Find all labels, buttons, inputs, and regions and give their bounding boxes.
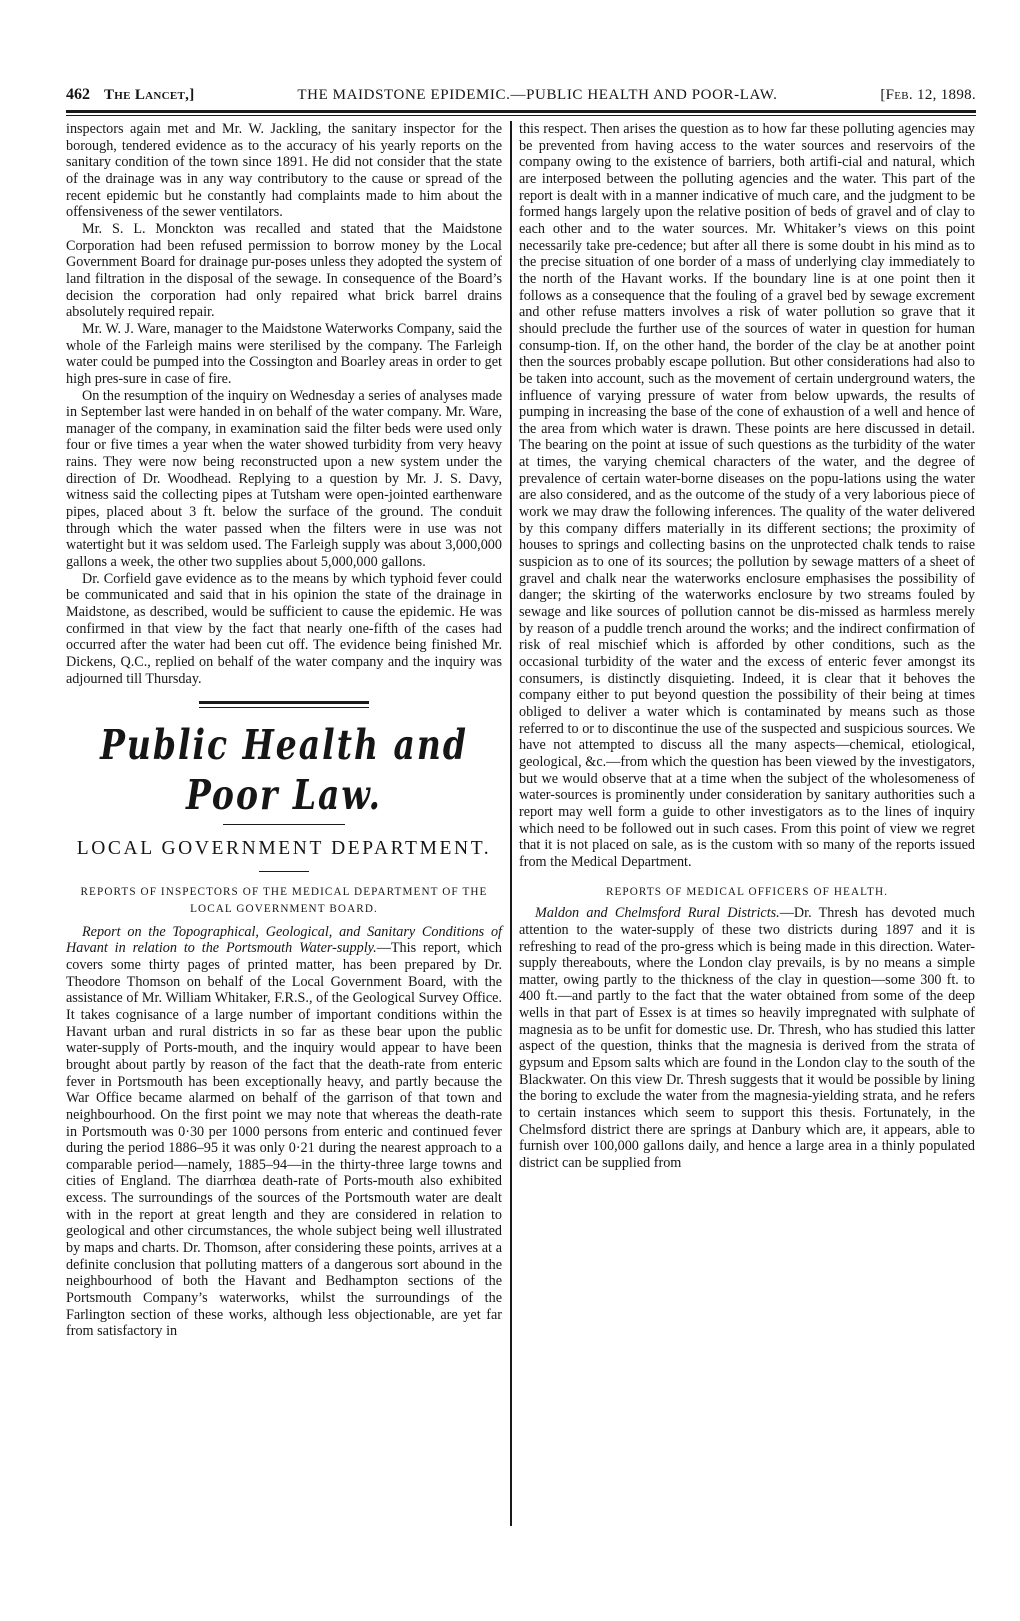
paragraph: inspectors again met and Mr. W. Jackling… — [66, 121, 502, 221]
department-heading: LOCAL GOVERNMENT DEPARTMENT. — [66, 837, 502, 861]
issue-date: [Feb. 12, 1898. — [880, 87, 976, 104]
journal-page: 462 The Lancet,] THE MAIDSTONE EPIDEMIC.… — [0, 0, 1020, 1621]
journal-name: The Lancet,] — [104, 87, 195, 104]
right-column: this respect. Then arises the question a… — [519, 121, 975, 1172]
running-title: THE MAIDSTONE EPIDEMIC.—PUBLIC HEALTH AN… — [195, 87, 881, 104]
paragraph: On the resumption of the inquiry on Wedn… — [66, 388, 502, 571]
paragraph: this respect. Then arises the question a… — [519, 121, 975, 871]
running-head: 462 The Lancet,] THE MAIDSTONE EPIDEMIC.… — [66, 86, 976, 106]
header-rule-thin — [66, 115, 976, 116]
heading-rule — [223, 824, 345, 825]
paragraph: Mr. W. J. Ware, manager to the Maidstone… — [66, 321, 502, 388]
header-rule-thick — [66, 110, 976, 113]
paragraph: Mr. S. L. Monckton was recalled and stat… — [66, 221, 502, 321]
report-paragraph: Report on the Topographical, Geological,… — [66, 924, 502, 1340]
report-body: —This report, which covers some thirty p… — [66, 940, 502, 1339]
maldon-title: Maldon and Chelmsford Rural Districts. — [535, 905, 780, 921]
page-number: 462 — [66, 86, 90, 104]
column-divider — [510, 121, 512, 1526]
maldon-paragraph: Maldon and Chelmsford Rural Districts.—D… — [519, 905, 975, 1172]
left-column: inspectors again met and Mr. W. Jackling… — [66, 121, 502, 1340]
inspectors-subheading: REPORTS OF INSPECTORS OF THE MEDICAL DEP… — [66, 884, 502, 917]
section-divider — [199, 701, 369, 708]
paragraph: Dr. Corfield gave evidence as to the mea… — [66, 571, 502, 688]
maldon-body: —Dr. Thresh has devoted much attention t… — [519, 905, 975, 1171]
medical-officers-subheading: REPORTS OF MEDICAL OFFICERS OF HEALTH. — [519, 884, 975, 901]
section-heading: Public Health and Poor Law. — [66, 720, 502, 820]
heading-rule — [259, 871, 309, 872]
